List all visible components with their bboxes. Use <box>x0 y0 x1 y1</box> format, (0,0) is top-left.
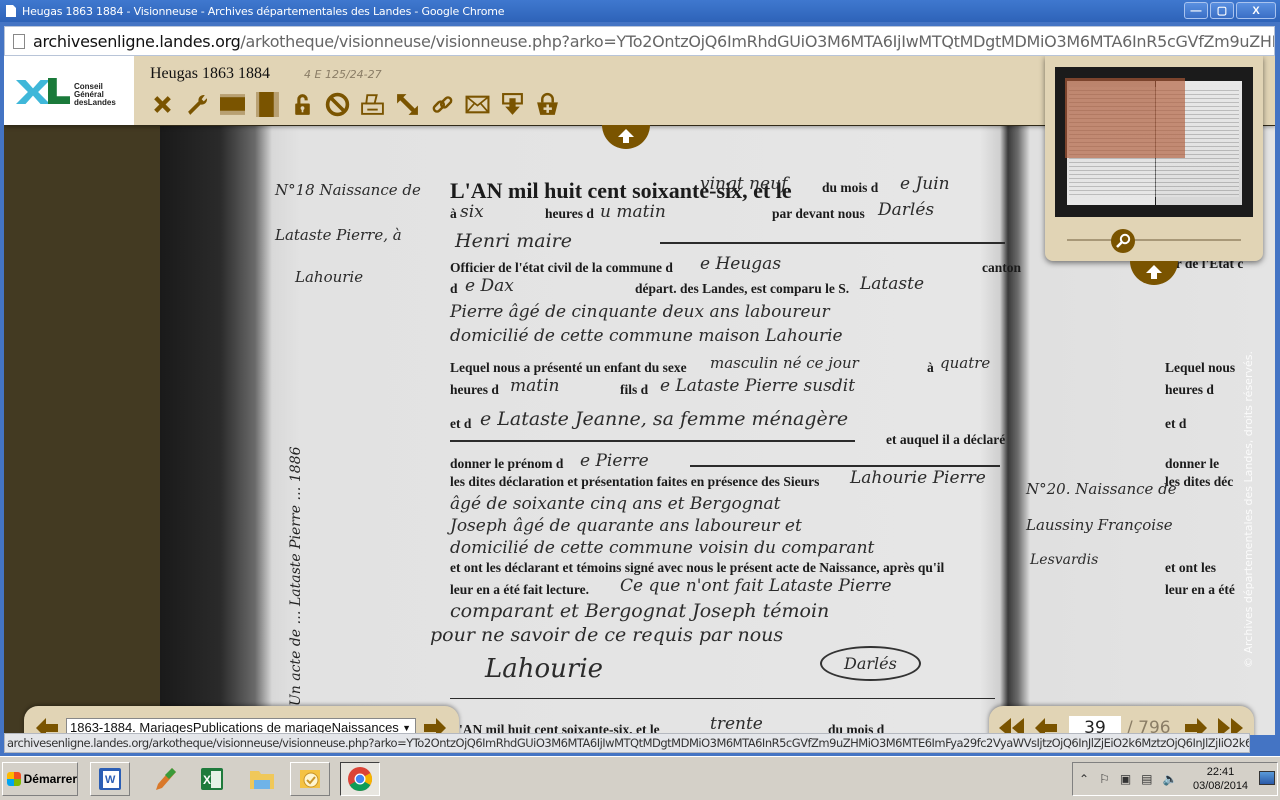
status-url: archivesenligne.landes.org/arkotheque/vi… <box>4 733 1250 753</box>
magnifier-icon <box>1115 233 1131 249</box>
doc-hand: e Dax <box>465 276 514 296</box>
doc-print: donner le <box>1165 456 1219 472</box>
download-button[interactable] <box>500 92 525 117</box>
clock[interactable]: 22:41 03/08/2014 <box>1193 765 1248 793</box>
zoom-slider-handle[interactable] <box>1111 229 1135 253</box>
doc-print: donner le prénom d <box>450 456 563 472</box>
margin-annotation: Un acte de … Lataste Pierre … 1886 <box>288 446 304 706</box>
document-cote: 4 E 125/24-27 <box>304 68 382 81</box>
url-host: archivesenligne.landes.org <box>33 32 240 51</box>
x-icon <box>150 92 175 117</box>
svg-text:W: W <box>105 774 116 786</box>
padlock-open-icon <box>290 92 315 117</box>
fit-width-button[interactable] <box>220 92 245 117</box>
zoom-slider-track[interactable] <box>1067 239 1241 241</box>
arrow-up-icon <box>618 129 634 143</box>
print-button[interactable] <box>360 92 385 117</box>
doc-print: et auquel il a déclaré <box>886 432 1005 448</box>
envelope-icon <box>465 92 490 117</box>
taskbar-word[interactable]: W <box>90 762 130 796</box>
fit-height-button[interactable] <box>255 92 280 117</box>
windows-logo-icon <box>7 772 21 786</box>
clock-date: 03/08/2014 <box>1193 779 1248 793</box>
no-entry-icon <box>325 92 350 117</box>
page-icon <box>6 5 16 17</box>
cg-landes-logo[interactable]: Conseil Général desLandes <box>4 56 134 125</box>
doc-print: départ. des Landes, est comparu le S. <box>635 281 849 297</box>
send-email-button[interactable] <box>465 92 490 117</box>
doc-hand: e Heugas <box>700 254 781 274</box>
power-plug-icon[interactable]: ▣ <box>1120 772 1131 786</box>
doc-hand: e Lataste Jeanne, sa femme ménagère <box>480 408 848 430</box>
show-hidden-icons-icon[interactable]: ⌃ <box>1079 772 1089 786</box>
show-desktop-icon[interactable] <box>1259 771 1275 785</box>
doc-print: canton <box>982 260 1021 276</box>
doc-hand: âgé de soixante cinq ans et Bergognat <box>450 494 781 514</box>
reset-button[interactable] <box>325 92 350 117</box>
doc-hand: domicilié de cette commune voisin du com… <box>450 538 874 558</box>
logo-x-shape <box>16 80 50 104</box>
doc-print: fils d <box>620 382 648 398</box>
doc-print: du mois d <box>822 180 878 196</box>
folder-icon <box>248 766 276 792</box>
calendar-mail-icon <box>297 766 323 792</box>
doc-hand: Joseph âgé de quarante ans laboureur et <box>450 516 802 536</box>
doc-hand: u matin <box>600 202 666 222</box>
taskbar-explorer[interactable] <box>242 762 282 796</box>
doc-hand: e Juin <box>900 174 950 194</box>
expand-arrows-icon <box>395 92 420 117</box>
volume-icon[interactable]: 🔈 <box>1163 772 1178 786</box>
window-titlebar: Heugas 1863 1884 - Visionneuse - Archive… <box>0 0 1280 22</box>
doc-print: et d <box>450 416 471 432</box>
margin-entry-place: Lahourie <box>295 268 363 286</box>
doc-print: à <box>450 206 457 222</box>
address-bar[interactable]: archivesenligne.landes.org/arkotheque/vi… <box>4 26 1275 56</box>
doc-rule <box>450 440 855 442</box>
unit-navigation-panel: 1863-1884. MariagesPublications de maria… <box>24 706 459 735</box>
doc-print: Lequel nous <box>1165 360 1235 376</box>
download-icon <box>500 92 525 117</box>
doc-hand: Pierre âgé de cinquante deux ans laboure… <box>450 302 830 322</box>
doc-hand: masculin né ce jour <box>710 354 859 372</box>
doc-hand: vingt neuf <box>700 174 787 194</box>
page-thumbnail[interactable] <box>1055 67 1253 217</box>
page-navigation-panel: / 796 <box>989 706 1254 735</box>
window-title: Heugas 1863 1884 - Visionneuse - Archive… <box>22 5 504 18</box>
doc-print: et d <box>1165 416 1186 432</box>
right-entry-place: Lesvardis <box>1030 552 1098 568</box>
link-icon <box>430 92 455 117</box>
doc-rule <box>690 465 1000 467</box>
tray-icons: ⌃ ⚐ ▣ ▤ 🔈 <box>1079 772 1177 786</box>
taskbar-outlook[interactable] <box>290 762 330 796</box>
doc-print: heures d <box>450 382 499 398</box>
url-path: /arkotheque/visionneuse/visionneuse.php?… <box>240 32 1275 51</box>
doc-hand: matin <box>510 376 559 396</box>
unlock-button[interactable] <box>290 92 315 117</box>
doc-print: Officier de l'état civil de la commune d <box>450 260 673 276</box>
right-entry-title: N°20. Naissance de <box>1026 480 1177 498</box>
doc-hand: e Lataste Pierre susdit <box>660 376 855 396</box>
add-to-basket-button[interactable] <box>535 92 560 117</box>
network-icon[interactable]: ▤ <box>1141 772 1152 786</box>
taskbar-excel[interactable]: X <box>192 762 232 796</box>
right-entry-name: Laussiny Françoise <box>1026 516 1173 534</box>
action-center-flag-icon[interactable]: ⚐ <box>1099 772 1110 786</box>
logo-text: Conseil Général desLandes <box>74 83 116 107</box>
paint-brush-icon <box>152 766 178 792</box>
doc-print: Lequel nous a présenté un enfant du sexe <box>450 360 687 376</box>
doc-rule <box>660 242 1005 244</box>
minimize-button[interactable]: — <box>1184 2 1208 19</box>
system-tray: ⌃ ⚐ ▣ ▤ 🔈 22:41 03/08/2014 <box>1072 762 1278 796</box>
toolbar <box>150 92 560 117</box>
doc-hand: six <box>460 202 484 222</box>
doc-print: et ont les déclarant et témoins signé av… <box>450 560 944 576</box>
doc-hand: quatre <box>940 354 990 372</box>
excel-icon: X <box>199 766 225 792</box>
copyright-watermark: © Archives départementales des Landes, d… <box>1242 351 1255 668</box>
margin-entry-name: Lataste Pierre, à <box>275 226 402 244</box>
settings-button[interactable] <box>185 92 210 117</box>
start-label: Démarrer <box>24 772 77 786</box>
doc-print: par devant nous <box>772 206 865 222</box>
doc-hand: Lataste <box>860 274 924 294</box>
document-title: Heugas 1863 1884 <box>150 65 270 83</box>
doc-print: heures d <box>545 206 594 222</box>
doc-hand: e Pierre <box>580 451 649 471</box>
arrow-up-icon <box>1146 265 1162 279</box>
signature-lahourie: Lahourie <box>485 654 603 684</box>
doc-print: leur en a été <box>1165 582 1235 598</box>
doc-print: les dites déclaration et présentation fa… <box>450 474 819 490</box>
taskbar-chrome[interactable] <box>340 762 380 796</box>
doc-print: à <box>927 360 934 376</box>
doc-rule <box>450 698 995 699</box>
taskbar: Démarrer W X ⌃ ⚐ ▣ ▤ 🔈 22:41 03/08/2014 <box>0 756 1280 800</box>
close-viewer-button[interactable] <box>150 92 175 117</box>
fit-height-icon <box>255 92 280 117</box>
page-icon <box>13 34 25 49</box>
maximize-button[interactable]: ▢ <box>1210 2 1234 19</box>
doc-hand: Henri maire <box>455 230 572 252</box>
permalink-button[interactable] <box>430 92 455 117</box>
chrome-icon <box>346 765 374 793</box>
doc-hand: Darlés <box>878 200 934 220</box>
basket-add-icon <box>535 92 560 117</box>
word-icon: W <box>97 766 123 792</box>
fit-width-icon <box>220 92 245 117</box>
doc-hand: Lahourie Pierre <box>850 468 986 488</box>
fullscreen-button[interactable] <box>395 92 420 117</box>
navigator-panel <box>1045 56 1263 261</box>
margin-entry-title: N°18 Naissance de <box>275 181 421 199</box>
doc-hand: pour ne savoir de ce requis par nous <box>430 624 783 646</box>
thumbnail-viewport[interactable] <box>1065 78 1185 158</box>
taskbar-paint[interactable] <box>145 762 185 796</box>
logo-l-shape <box>48 78 70 104</box>
doc-hand: domicilié de cette commune maison Lahour… <box>450 326 843 346</box>
close-window-button[interactable]: X <box>1236 2 1276 19</box>
start-button[interactable]: Démarrer <box>2 762 78 796</box>
wrench-icon <box>185 92 210 117</box>
doc-print: leur en a été fait lecture. <box>450 582 589 598</box>
clock-time: 22:41 <box>1207 766 1235 778</box>
doc-hand: Ce que n'ont fait Lataste Pierre <box>620 576 892 596</box>
printer-icon <box>360 92 385 117</box>
signature-mayor: Darlés <box>820 646 921 681</box>
doc-print: d <box>450 281 458 297</box>
image-viewer[interactable]: N°18 Naissance de Lataste Pierre, à Laho… <box>4 56 1275 735</box>
window-controls: — ▢ X <box>1184 2 1276 19</box>
doc-print: et ont les <box>1165 560 1216 576</box>
doc-hand: trente <box>710 714 763 734</box>
doc-hand: comparant et Bergognat Joseph témoin <box>450 600 829 622</box>
doc-print: heures d <box>1165 382 1214 398</box>
svg-text:X: X <box>203 773 211 787</box>
